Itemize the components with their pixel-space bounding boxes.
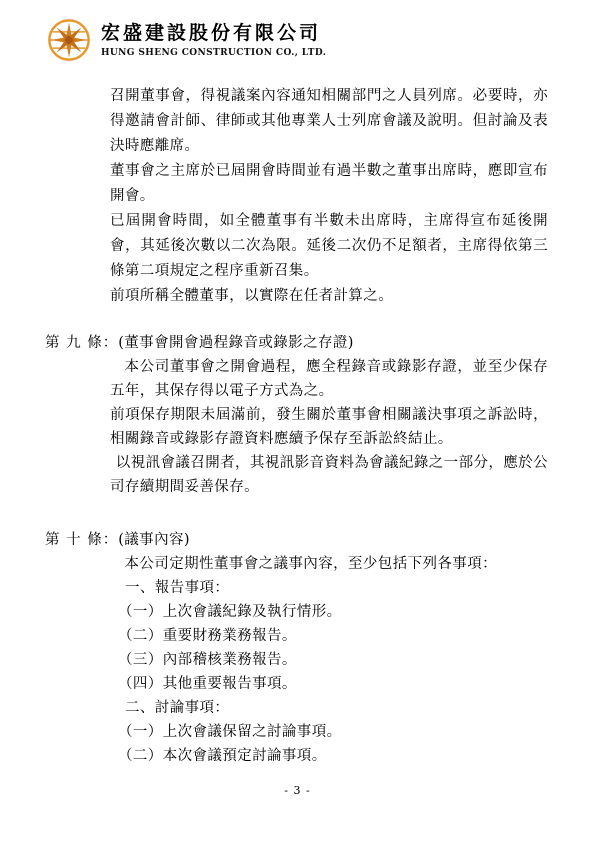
list-item: （四）其他重要報告事項。 — [118, 672, 548, 696]
paragraph: 已屆開會時間，如全體董事有半數未出席時，主席得宣布延後開會，其延後次數以二次為限… — [110, 209, 548, 284]
company-logo-icon — [46, 17, 92, 63]
article-8-continuation: 召開董事會，得視議案內容通知相關部門之人員列席。必要時，亦得邀請會計師、律師或其… — [110, 84, 548, 309]
list-item: （三）內部稽核業務報告。 — [118, 648, 548, 672]
paragraph: 前項保存期限未屆滿前，發生關於董事會相關議決事項之訴訟時，相關錄音或錄影存證資料… — [110, 403, 548, 451]
company-name-en: HUNG SHENG CONSTRUCTION CO., LTD. — [101, 48, 326, 58]
list-item: （二）本次會議預定討論事項。 — [118, 744, 548, 768]
article-number: 第 九 條： — [45, 335, 118, 351]
paragraph: 董事會之主席於已屆開會時間並有過半數之董事出席時，應即宣布開會。 — [110, 159, 548, 209]
paragraph: 以視訊會議召開者，其視訊影音資料為會議紀錄之一部分，應於公司存續期間妥善保存。 — [110, 451, 548, 499]
article-title: (議事內容) — [118, 532, 190, 548]
document-body: 召開董事會，得視議案內容通知相關部門之人員列席。必要時，亦得邀請會計師、律師或其… — [0, 63, 595, 768]
letterhead: 宏盛建設股份有限公司 HUNG SHENG CONSTRUCTION CO., … — [0, 0, 595, 63]
article-10-body: 本公司定期性董事會之議事內容，至少包括下列各事項： 一、報告事項： （一）上次會… — [110, 552, 548, 768]
paragraph: 召開董事會，得視議案內容通知相關部門之人員列席。必要時，亦得邀請會計師、律師或其… — [110, 84, 548, 159]
paragraph: 前項所稱全體董事，以實際在任者計算之。 — [110, 284, 548, 309]
article-9-heading: 第 九 條：(董事會開會過程錄音或錄影之存證) — [45, 331, 548, 355]
company-name-zh: 宏盛建設股份有限公司 — [101, 21, 326, 45]
article-9: 第 九 條：(董事會開會過程錄音或錄影之存證) 本公司董事會之開會過程，應全程錄… — [45, 331, 548, 499]
article-9-body: 本公司董事會之開會過程，應全程錄音或錄影存證，並至少保存五年，其保存得以電子方式… — [110, 355, 548, 499]
list-item: （一）上次會議保留之討論事項。 — [118, 720, 548, 744]
list-heading: 二、討論事項： — [125, 696, 548, 720]
list-item: （二）重要財務業務報告。 — [118, 624, 548, 648]
article-number: 第 十 條： — [45, 532, 118, 548]
paragraph: 本公司董事會之開會過程，應全程錄音或錄影存證，並至少保存五年，其保存得以電子方式… — [110, 355, 548, 403]
page-number: - 3 - — [284, 784, 310, 797]
company-names: 宏盛建設股份有限公司 HUNG SHENG CONSTRUCTION CO., … — [101, 17, 326, 58]
document-page: 宏盛建設股份有限公司 HUNG SHENG CONSTRUCTION CO., … — [0, 0, 595, 842]
list-item: （一）上次會議紀錄及執行情形。 — [118, 600, 548, 624]
paragraph: 本公司定期性董事會之議事內容，至少包括下列各事項： — [110, 552, 548, 576]
article-10-heading: 第 十 條：(議事內容) — [45, 528, 548, 552]
list-heading: 一、報告事項： — [125, 576, 548, 600]
article-10: 第 十 條：(議事內容) 本公司定期性董事會之議事內容，至少包括下列各事項： 一… — [45, 528, 548, 768]
page-footer: - 3 - — [0, 784, 595, 797]
article-title: (董事會開會過程錄音或錄影之存證) — [118, 335, 354, 351]
